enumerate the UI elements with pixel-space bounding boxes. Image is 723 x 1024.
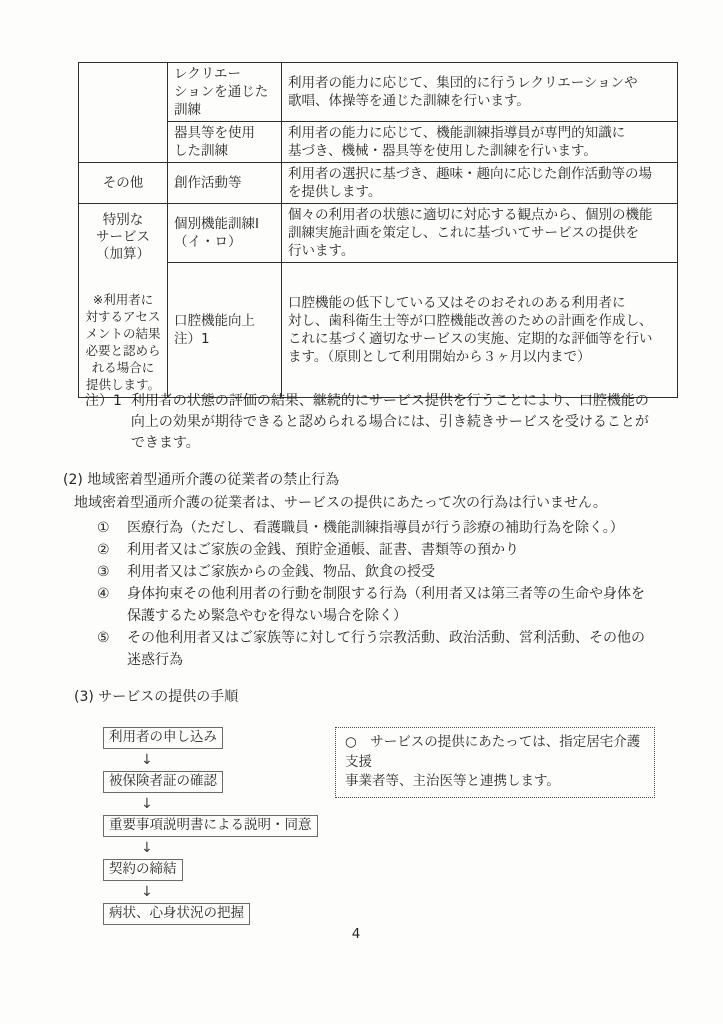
down-arrow-icon: ↓ xyxy=(103,837,318,859)
item-text-1: 医療行為（ただし、看護職員・機能訓練指導員が行う診療の補助行為を除く。） xyxy=(127,517,678,539)
item-text-2: 利用者又はご家族の金銭、預貯金通帳、証書、書類等の預かり xyxy=(127,539,678,561)
cell-oral-function-desc: 口腔機能の低下している又はそのおそれのある利用者に 対し、歯科衛生士等が口腔機能… xyxy=(282,263,678,398)
prohibited-acts-list: ① 医療行為（ただし、看護職員・機能訓練指導員が行う診療の補助行為を除く。） ②… xyxy=(97,517,678,671)
down-arrow-icon: ↓ xyxy=(103,793,318,815)
item-text-5: その他利用者又はご家族等に対して行う宗教活動、政治活動、営利活動、その他の 迷惑… xyxy=(127,627,678,671)
flow-step-contract: 契約の締結 xyxy=(103,859,183,881)
section-3-heading: (3) サービスの提供の手順 xyxy=(74,687,238,707)
cell-category-empty xyxy=(79,63,168,163)
note-1-text: 利用者の状態の評価の結果、継続的にサービス提供を行うことにより、口腔機能の 向上… xyxy=(131,391,649,454)
cell-other-category: その他 xyxy=(79,163,168,204)
service-table: レクリエー ションを通じた 訓練 利用者の能力に応じて、集団的に行うレクリエーシ… xyxy=(78,62,678,398)
prohibited-act-item: ② 利用者又はご家族の金銭、預貯金通帳、証書、書類等の預かり xyxy=(97,539,678,561)
flow-step-application: 利用者の申し込み xyxy=(103,727,223,749)
item-marker-1: ① xyxy=(97,517,114,539)
section-2-intro: 地域密着型通所介護の従業者は、サービスの提供にあたって次の行為は行いません。 xyxy=(74,492,678,514)
flow-step-explanation-consent: 重要事項説明書による説明・同意 xyxy=(103,815,318,837)
item-text-4: 身体拘束その他利用者の行動を制限する行為（利用者又は第三者等の生命や身体を 保護… xyxy=(127,583,678,627)
item-text-3: 利用者又はご家族からの金銭、物品、飲食の授受 xyxy=(127,561,678,583)
page-number: 4 xyxy=(336,926,376,942)
cell-rec-training-desc: 利用者の能力に応じて、集団的に行うレクリエーションや 歌唱、体操等を通じた訓練を… xyxy=(282,63,678,122)
item-marker-2: ② xyxy=(97,539,114,561)
item-marker-4: ④ xyxy=(97,583,114,627)
prohibited-act-item: ⑤ その他利用者又はご家族等に対して行う宗教活動、政治活動、営利活動、その他の … xyxy=(97,627,678,671)
cell-creative-activities-label: 創作活動等 xyxy=(168,163,282,204)
cell-equipment-training-label: 器具等を使用 した訓練 xyxy=(168,122,282,163)
item-marker-5: ⑤ xyxy=(97,627,114,671)
special-service-category-note: ※利用者に 対するアセス メントの結果 必要と認めら れる場合に 提供します。 xyxy=(85,291,161,393)
flow-chart: 利用者の申し込み ↓ 被保険者証の確認 ↓ 重要事項説明書による説明・同意 ↓ … xyxy=(103,727,318,925)
flow-step-condition-assessment: 病状、心身状況の把握 xyxy=(103,903,250,925)
document-page: レクリエー ションを通じた 訓練 利用者の能力に応じて、集団的に行うレクリエーシ… xyxy=(0,0,723,1024)
prohibited-act-item: ① 医療行為（ただし、看護職員・機能訓練指導員が行う診療の補助行為を除く。） xyxy=(97,517,678,539)
cell-creative-activities-desc: 利用者の選択に基づき、趣味・趣向に応じた創作活動等の場 を提供します。 xyxy=(282,163,678,204)
note-1-label: 注）1 xyxy=(85,391,122,454)
cell-oral-function-label: 口腔機能向上 注）1 xyxy=(168,263,282,398)
cell-special-service-category: 特別な サービス （加算） ※利用者に 対するアセス メントの結果 必要と認めら… xyxy=(79,204,168,398)
section-2: (2) 地域密着型通所介護の従業者の禁止行為 地域密着型通所介護の従業者は、サー… xyxy=(63,470,678,671)
flow-step-insurance-card-check: 被保険者証の確認 xyxy=(103,771,223,793)
special-service-category-label: 特別な サービス （加算） xyxy=(85,209,161,263)
cell-individual-training-label: 個別機能訓練Ⅰ （イ・ロ） xyxy=(168,204,282,263)
item-marker-3: ③ xyxy=(97,561,114,583)
cell-individual-training-desc: 個々の利用者の状態に適切に対応する観点から、個別の機能 訓練実施計画を策定し、こ… xyxy=(282,204,678,263)
note-1: 注）1 利用者の状態の評価の結果、継続的にサービス提供を行うことにより、口腔機能… xyxy=(85,391,649,454)
prohibited-act-item: ④ 身体拘束その他利用者の行動を制限する行為（利用者又は第三者等の生命や身体を … xyxy=(97,583,678,627)
cell-rec-training-label: レクリエー ションを通じた 訓練 xyxy=(168,63,282,122)
prohibited-act-item: ③ 利用者又はご家族からの金銭、物品、飲食の授受 xyxy=(97,561,678,583)
down-arrow-icon: ↓ xyxy=(103,881,318,903)
section-2-heading: (2) 地域密着型通所介護の従業者の禁止行為 xyxy=(63,470,678,490)
cell-equipment-training-desc: 利用者の能力に応じて、機能訓練指導員が専門的知識に 基づき、機械・器具等を使用し… xyxy=(282,122,678,163)
side-note-box: ○ サービスの提供にあたっては、指定居宅介護支援 事業者等、主治医等と連携します… xyxy=(335,727,655,798)
down-arrow-icon: ↓ xyxy=(103,749,318,771)
